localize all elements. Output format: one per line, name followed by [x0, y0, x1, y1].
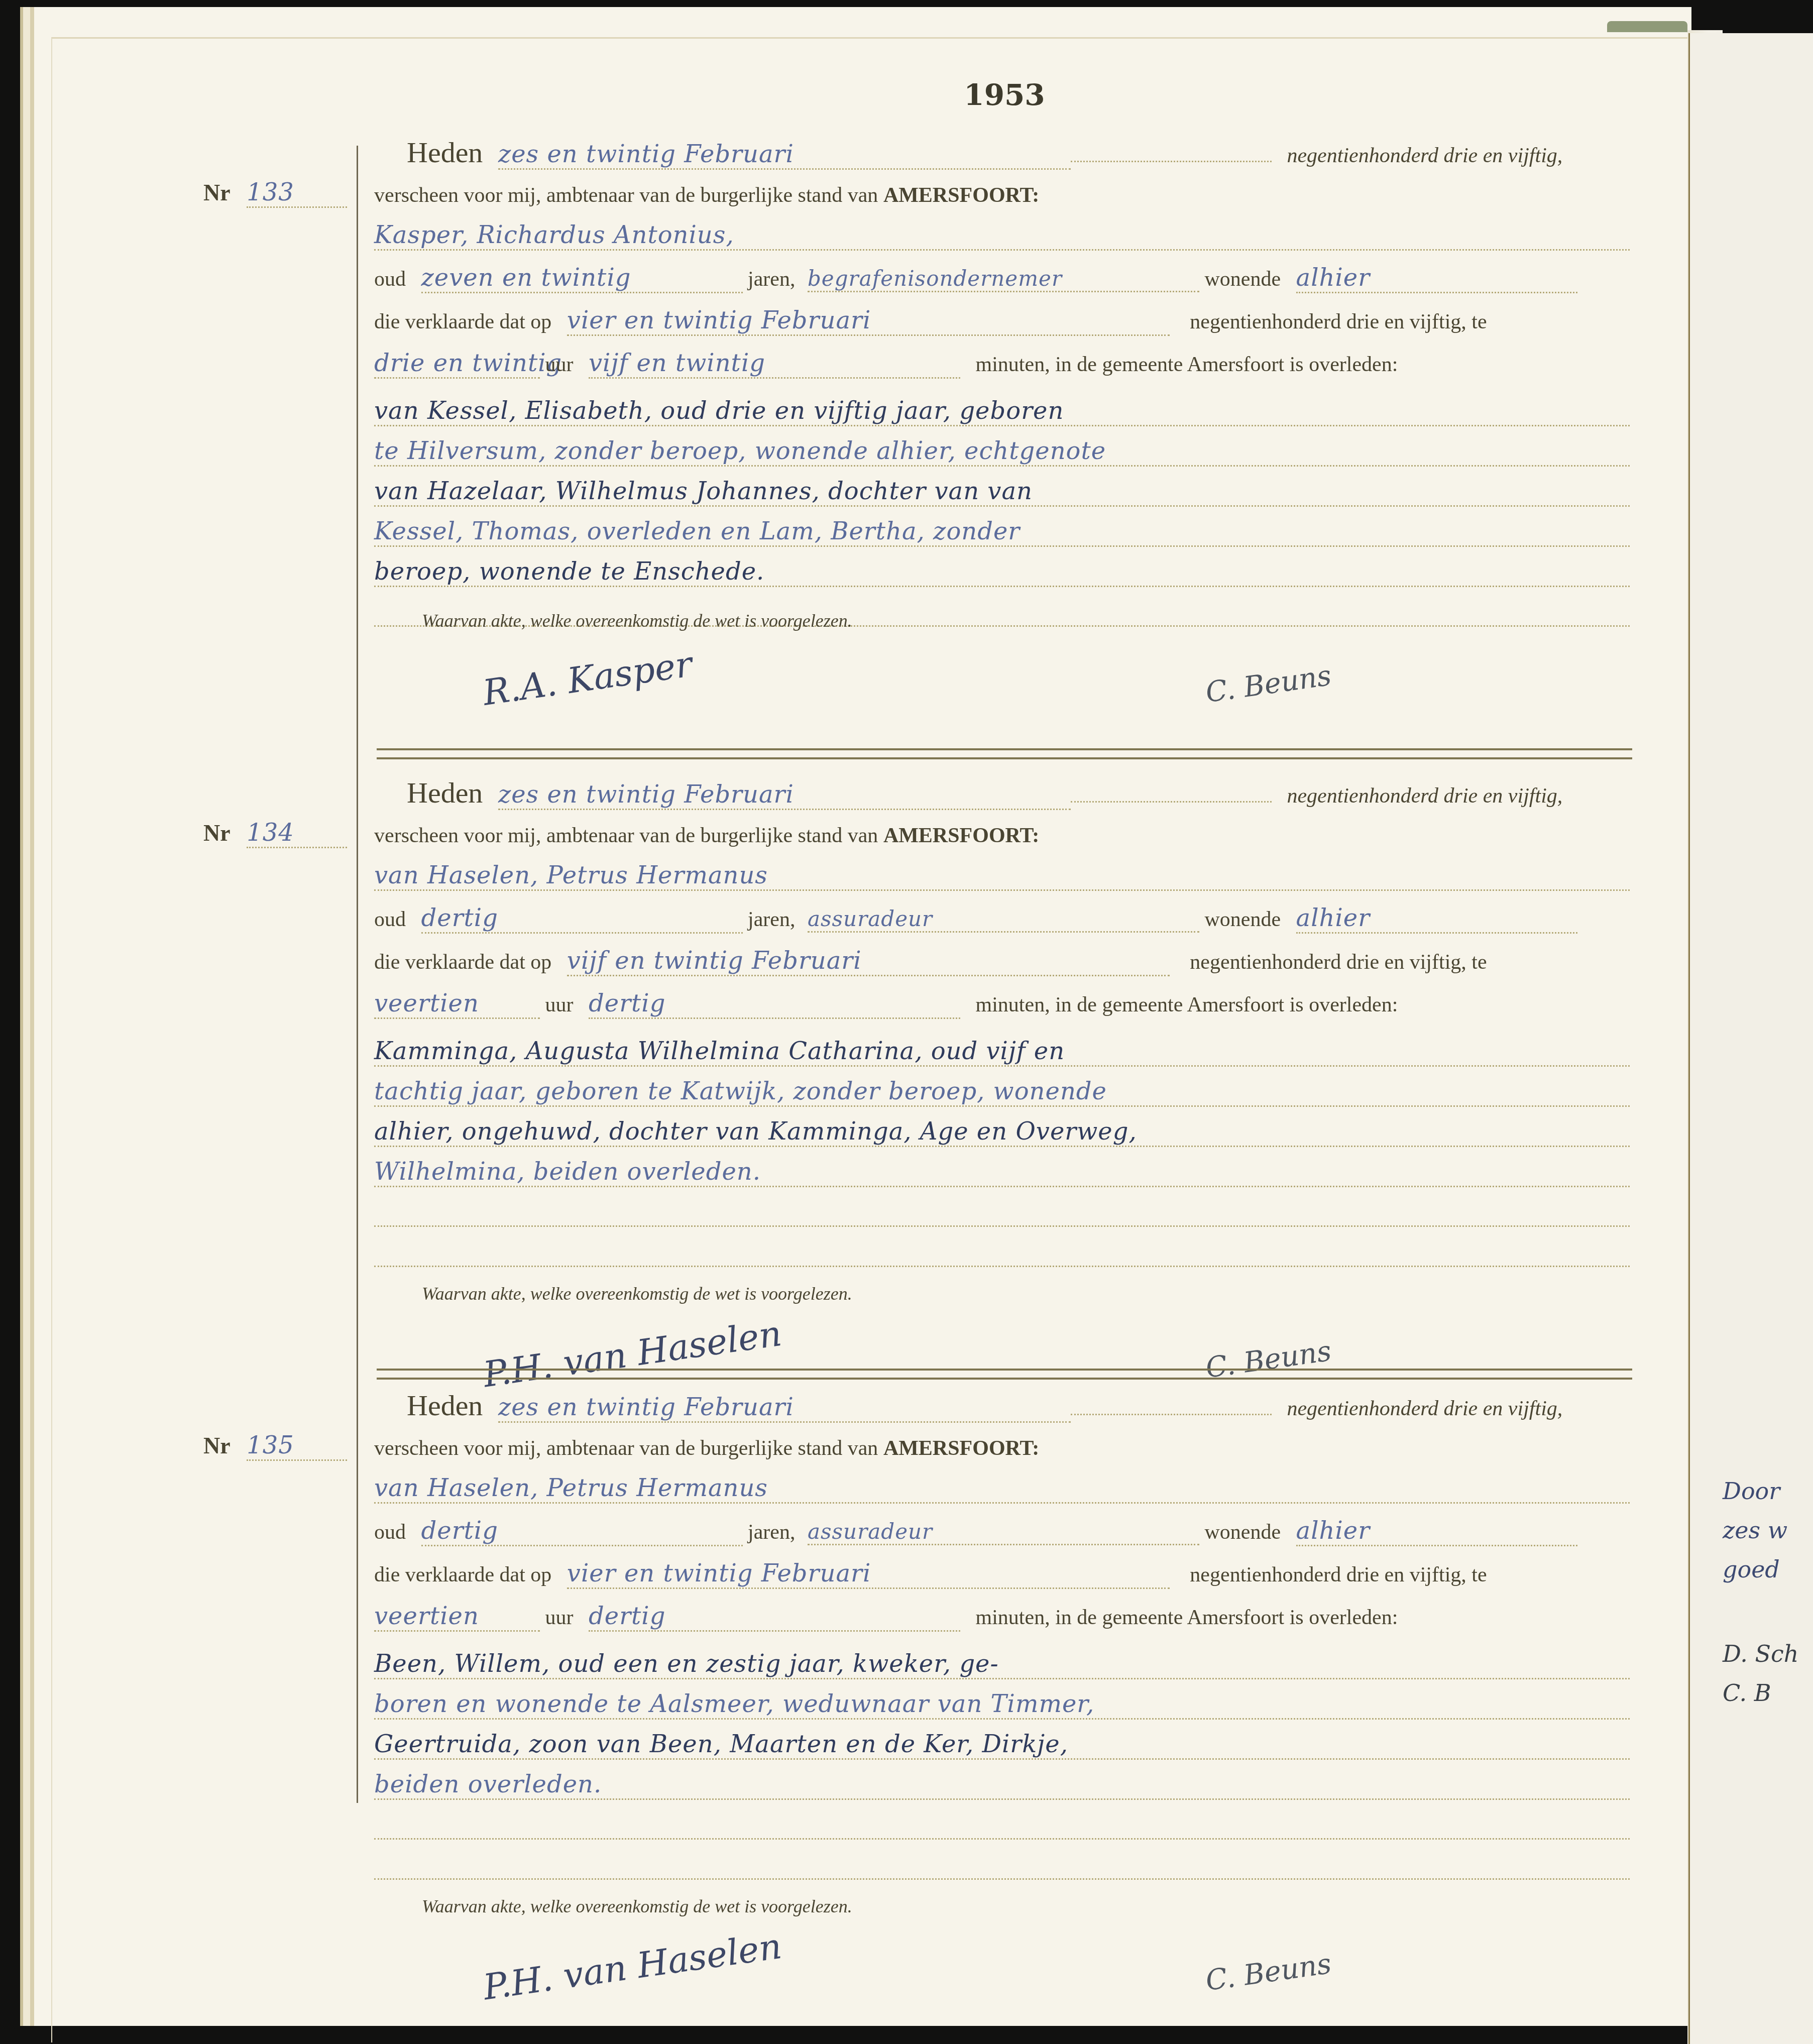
time-line: veertien uur dertig minuten, in de gemee… [374, 1602, 1398, 1632]
closing-text: Waarvan akte, welke overeenkomstig de we… [422, 610, 852, 631]
oud-line: oud zeven en twintig jaren, begrafenison… [374, 264, 1577, 293]
death-hour: veertien [374, 989, 540, 1019]
year-words: negentienhonderd drie en vijftig, [1287, 784, 1562, 808]
record-number: Nr 133 [203, 178, 347, 208]
death-record: Heden zes en twintig Februari negentienh… [0, 1389, 1813, 2041]
nr-label: Nr [203, 1433, 231, 1458]
deceased-line: Geertruida, zoon van Been, Maarten en de… [374, 1730, 1630, 1760]
verscheen-line: verscheen voor mij, ambtenaar van de bur… [374, 183, 1039, 207]
oud-label: oud [374, 908, 406, 931]
nr-value: 133 [247, 178, 347, 208]
oud-label: oud [374, 268, 406, 291]
death-date: vijf en twintig Februari [567, 947, 1170, 976]
time-line: veertien uur dertig minuten, in de gemee… [374, 989, 1398, 1019]
verscheen-text: verscheen voor mij, ambtenaar van de bur… [374, 1437, 878, 1460]
time-line: drie en twintig uur vijf en twintig minu… [374, 349, 1398, 379]
official-signature: C. Beuns [1204, 659, 1333, 709]
year-words-te: negentienhonderd drie en vijftig, te [1190, 310, 1487, 333]
uur-label: uur [545, 1606, 574, 1629]
record-divider [377, 1369, 1632, 1380]
margin-note-line: goed [1723, 1550, 1798, 1589]
year-words-te: negentienhonderd drie en vijftig, te [1190, 1563, 1487, 1586]
declarant-occupation: assuradeur [808, 1519, 1199, 1545]
declarant-age: dertig [421, 904, 743, 934]
deceased-line: te Hilversum, zonder beroep, wonende alh… [374, 437, 1630, 467]
minuten-label: minuten, in de gemeente Amersfoort is ov… [976, 353, 1398, 376]
deceased-line: Wilhelmina, beiden overleden. [374, 1158, 1630, 1187]
declarant-occupation: assuradeur [808, 906, 1199, 933]
verklaarde-label: die verklaarde dat op [374, 951, 551, 974]
closing-text: Waarvan akte, welke overeenkomstig de we… [422, 1283, 852, 1304]
margin-annotation: Door zes w goed D. Sch C. B [1723, 1471, 1798, 1713]
municipality: AMERSFOORT: [883, 184, 1039, 207]
deceased-line: van Kessel, Elisabeth, oud drie en vijft… [374, 397, 1630, 426]
oud-line: oud dertig jaren, assuradeur wonende alh… [374, 1517, 1577, 1546]
uur-label: uur [545, 993, 574, 1016]
death-record: Heden zes en twintig Februari negentienh… [0, 776, 1813, 1429]
death-date: vier en twintig Februari [567, 306, 1170, 336]
year-words: negentienhonderd drie en vijftig, [1287, 144, 1562, 167]
verscheen-line: verscheen voor mij, ambtenaar van de bur… [374, 824, 1039, 848]
blank-line [374, 1878, 1630, 1880]
deceased-line: beiden overleden. [374, 1770, 1630, 1800]
death-minutes: dertig [589, 1602, 960, 1632]
death-hour: drie en twintig [374, 349, 540, 379]
record-divider [377, 748, 1632, 759]
wonende-label: wonende [1204, 908, 1281, 931]
declarant-name: van Haselen, Petrus Hermanus [374, 861, 1630, 891]
verscheen-line: verscheen voor mij, ambtenaar van de bur… [374, 1436, 1039, 1460]
death-hour: veertien [374, 1602, 540, 1632]
wonende-label: wonende [1204, 1521, 1281, 1544]
margin-signature: D. Sch [1723, 1634, 1798, 1673]
page-year: 1953 [954, 78, 1055, 112]
deceased-line: Kessel, Thomas, overleden en Lam, Bertha… [374, 517, 1630, 547]
jaren-label: jaren, [748, 908, 795, 931]
declarant-name: van Haselen, Petrus Hermanus [374, 1474, 1630, 1504]
date-today: zes en twintig Februari [498, 1393, 1071, 1423]
declarant-line: van Haselen, Petrus Hermanus [374, 861, 1630, 891]
declarant-line: van Haselen, Petrus Hermanus [374, 1474, 1630, 1504]
blank-line [374, 1266, 1630, 1267]
heden-label: Heden [407, 776, 483, 809]
heden-label: Heden [407, 1389, 483, 1422]
deceased-line: Kamminga, Augusta Wilhelmina Catharina, … [374, 1037, 1630, 1067]
minuten-label: minuten, in de gemeente Amersfoort is ov… [976, 993, 1398, 1016]
nr-value: 134 [247, 819, 347, 848]
oud-label: oud [374, 1521, 406, 1544]
municipality: AMERSFOORT: [883, 824, 1039, 847]
year-words: negentienhonderd drie en vijftig, [1287, 1397, 1562, 1420]
date-today: zes en twintig Februari [498, 140, 1071, 170]
nr-value: 135 [247, 1431, 347, 1461]
death-minutes: dertig [589, 989, 960, 1019]
death-date: vier en twintig Februari [567, 1559, 1170, 1589]
verklaarde-line: die verklaarde dat op vijf en twintig Fe… [374, 947, 1487, 976]
blank-line [374, 1838, 1630, 1840]
official-signature: C. Beuns [1204, 1948, 1333, 1997]
jaren-label: jaren, [748, 268, 795, 291]
deceased-line: alhier, ongehuwd, dochter van Kamminga, … [374, 1117, 1630, 1147]
municipality: AMERSFOORT: [883, 1437, 1039, 1460]
heden-line: Heden zes en twintig Februari negentienh… [407, 1389, 1562, 1423]
minuten-label: minuten, in de gemeente Amersfoort is ov… [976, 1606, 1398, 1629]
declarant-line: Kasper, Richardus Antonius, [374, 221, 1630, 251]
record-number: Nr 134 [203, 819, 347, 848]
record-number: Nr 135 [203, 1431, 347, 1461]
declarant-signature: P.H. van Haselen [481, 1313, 784, 1395]
blank-line [374, 1225, 1630, 1227]
nr-label: Nr [203, 180, 231, 205]
nr-label: Nr [203, 820, 231, 846]
verscheen-text: verscheen voor mij, ambtenaar van de bur… [374, 824, 878, 847]
oud-line: oud dertig jaren, assuradeur wonende alh… [374, 904, 1577, 934]
declarant-name: Kasper, Richardus Antonius, [374, 221, 1630, 251]
margin-signature: C. B [1723, 1673, 1798, 1713]
declarant-age: dertig [421, 1517, 743, 1546]
declarant-residence: alhier [1296, 264, 1577, 293]
declarant-residence: alhier [1296, 1517, 1577, 1546]
deceased-line: van Hazelaar, Wilhelmus Johannes, dochte… [374, 477, 1630, 507]
declarant-age: zeven en twintig [421, 264, 743, 293]
wonende-label: wonende [1204, 268, 1281, 291]
closing-text: Waarvan akte, welke overeenkomstig de we… [422, 1896, 852, 1917]
jaren-label: jaren, [748, 1521, 795, 1544]
declarant-residence: alhier [1296, 904, 1577, 934]
binding-tab [1607, 21, 1687, 32]
deceased-line: tachtig jaar, geboren te Katwijk, zonder… [374, 1077, 1630, 1107]
verklaarde-line: die verklaarde dat op vier en twintig Fe… [374, 1559, 1487, 1589]
deceased-line: boren en wonende te Aalsmeer, weduwnaar … [374, 1690, 1630, 1720]
death-minutes: vijf en twintig [589, 349, 960, 379]
heden-line: Heden zes en twintig Februari negentienh… [407, 776, 1562, 810]
heden-label: Heden [407, 136, 483, 169]
death-record: Heden zes en twintig Februari negentienh… [0, 136, 1813, 788]
verscheen-text: verscheen voor mij, ambtenaar van de bur… [374, 184, 878, 207]
declarant-signature: R.A. Kasper [480, 643, 695, 714]
deceased-line: beroep, wonende te Enschede. [374, 557, 1630, 587]
margin-note-line: Door [1723, 1471, 1798, 1511]
verklaarde-label: die verklaarde dat op [374, 310, 551, 333]
date-today: zes en twintig Februari [498, 780, 1071, 810]
deceased-line: Been, Willem, oud een en zestig jaar, kw… [374, 1650, 1630, 1679]
year-words-te: negentienhonderd drie en vijftig, te [1190, 951, 1487, 974]
heden-line: Heden zes en twintig Februari negentienh… [407, 136, 1562, 170]
verklaarde-line: die verklaarde dat op vier en twintig Fe… [374, 306, 1487, 336]
verklaarde-label: die verklaarde dat op [374, 1563, 551, 1586]
uur-label: uur [545, 353, 574, 376]
declarant-signature: P.H. van Haselen [481, 1925, 784, 2008]
margin-note-line: zes w [1723, 1511, 1798, 1550]
declarant-occupation: begrafenisondernemer [808, 266, 1199, 292]
